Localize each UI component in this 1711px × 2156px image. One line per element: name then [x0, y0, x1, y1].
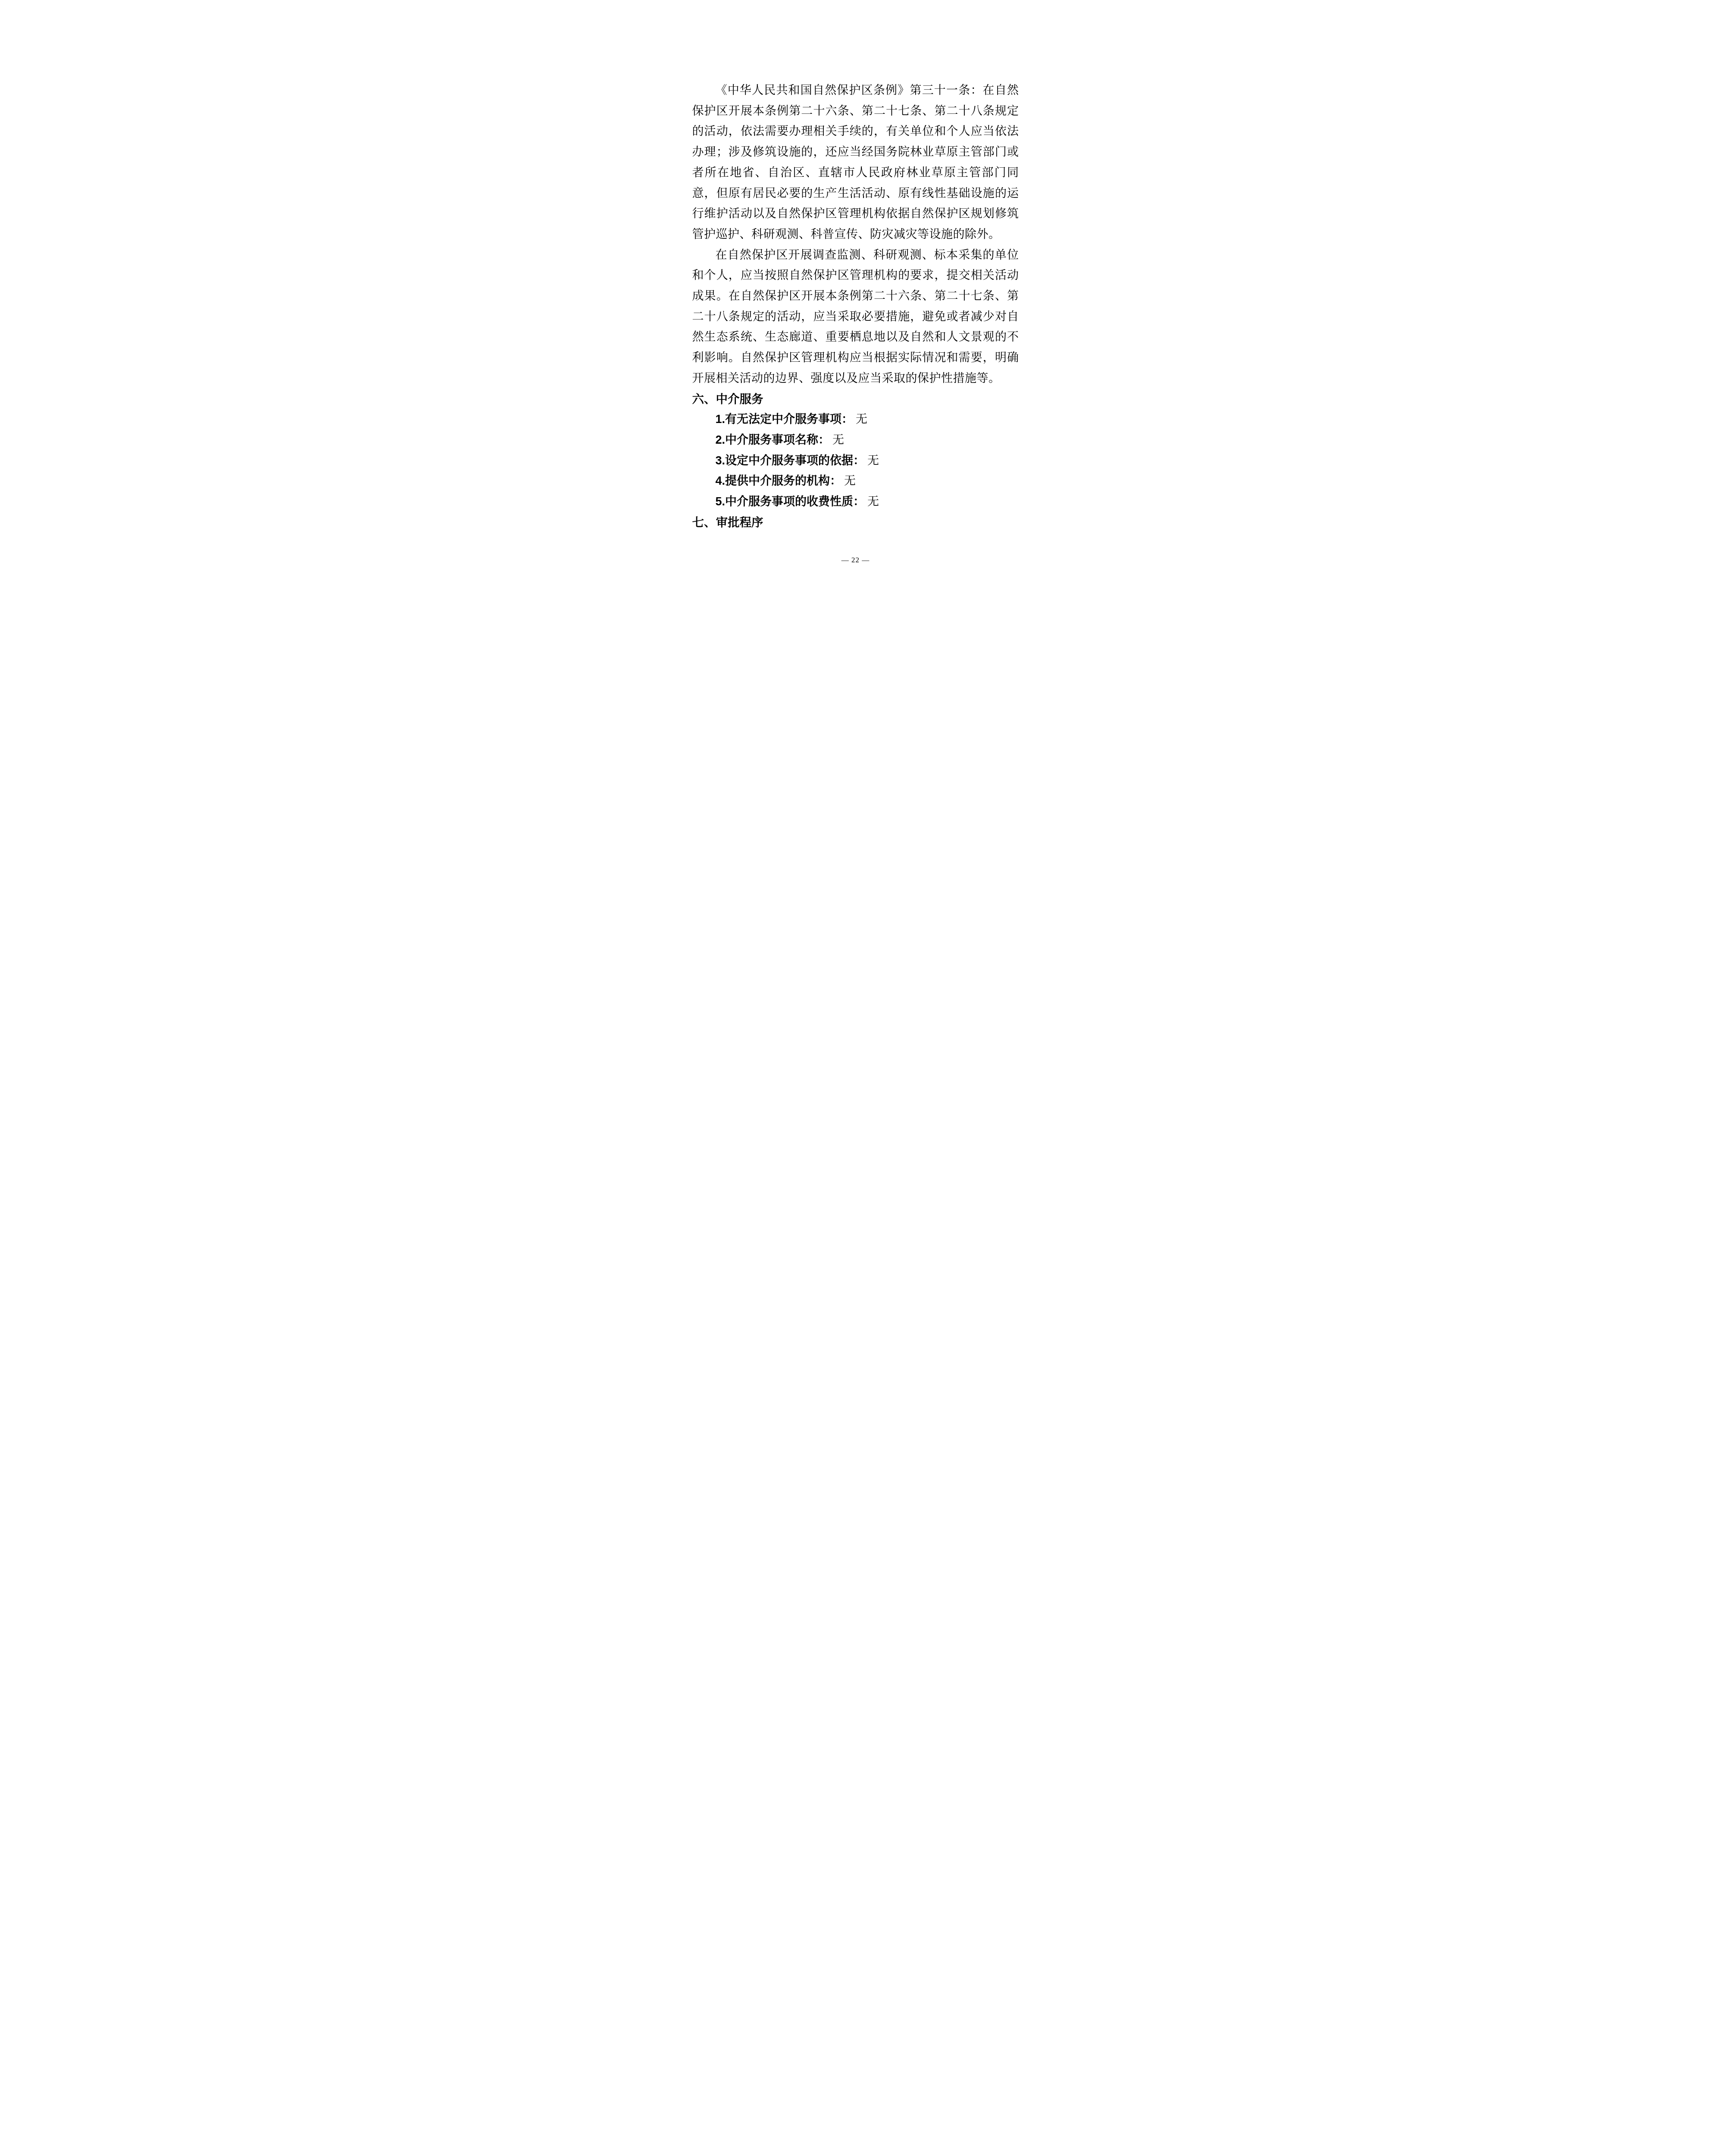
list-item-3-label: 3.设定中介服务事项的依据： — [716, 454, 865, 467]
list-item-1-label: 1.有无法定中介服务事项： — [716, 413, 854, 426]
list-item-5: 5.中介服务事项的收费性质：无 — [692, 492, 1019, 512]
page-footer: — 22 — — [642, 555, 1070, 565]
list-item-1: 1.有无法定中介服务事项：无 — [692, 409, 1019, 430]
section-7-heading: 七、审批程序 — [692, 512, 1019, 533]
page-number: — 22 — — [841, 556, 870, 564]
document-body: 《中华人民共和国自然保护区条例》第三十一条：在自然保护区开展本条例第二十六条、第… — [692, 80, 1019, 533]
list-item-2-value: 无 — [830, 433, 844, 446]
list-item-5-label: 5.中介服务事项的收费性质： — [716, 495, 865, 508]
list-item-2-label: 2.中介服务事项名称： — [716, 433, 830, 446]
list-item-3: 3.设定中介服务事项的依据：无 — [692, 451, 1019, 471]
section-6-heading: 六、中介服务 — [692, 389, 1019, 410]
paragraph-survey-requirements: 在自然保护区开展调查监测、科研观测、标本采集的单位和个人，应当按照自然保护区管理… — [692, 245, 1019, 389]
document-page: 《中华人民共和国自然保护区条例》第三十一条：在自然保护区开展本条例第二十六条、第… — [642, 0, 1070, 605]
list-item-1-value: 无 — [853, 413, 867, 426]
list-item-4-label: 4.提供中介服务的机构： — [716, 474, 842, 487]
list-item-5-value: 无 — [865, 495, 879, 508]
list-item-3-value: 无 — [865, 454, 879, 467]
list-item-4-value: 无 — [841, 474, 856, 487]
paragraph-regulation-article-31: 《中华人民共和国自然保护区条例》第三十一条：在自然保护区开展本条例第二十六条、第… — [692, 80, 1019, 245]
list-item-2: 2.中介服务事项名称：无 — [692, 430, 1019, 451]
list-item-4: 4.提供中介服务的机构：无 — [692, 471, 1019, 492]
